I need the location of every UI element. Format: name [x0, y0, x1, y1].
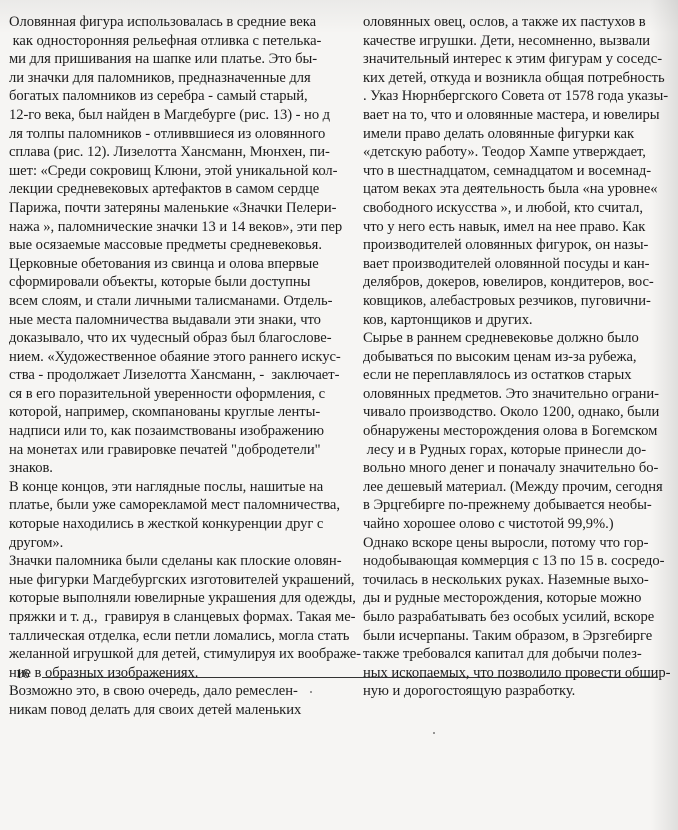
text-line: значительный интерес к этим фигурам у со…	[363, 50, 675, 69]
text-line: ли значки для паломников, предназначенны…	[9, 69, 345, 88]
text-line: нодобывающая коммерция с 13 по 15 в. сос…	[363, 552, 675, 571]
text-line: Значки паломника были сделаны как плоски…	[9, 552, 345, 571]
page-footer: 16	[0, 666, 678, 686]
text-line: оловянных овец, ослов, а также их пастух…	[363, 13, 675, 32]
text-line: в Эрцгебирге по-прежнему добывается необ…	[363, 496, 675, 515]
text-line: производителей оловянных фигурок, он наз…	[363, 236, 675, 255]
text-line: Оловянная фигура использовалась в средни…	[9, 13, 345, 32]
text-line: доказывало, что их чудесный образ был бл…	[9, 329, 345, 348]
text-line: ких детей, откуда и возникла общая потре…	[363, 69, 675, 88]
text-line: оловянных предметов. Это значительно огр…	[363, 385, 675, 404]
text-line: сплава (рис. 12). Лизелотта Хансманн, Мю…	[9, 143, 345, 162]
text-line: никам повод делать для своих детей мален…	[9, 701, 345, 720]
text-line: ства - продолжает Лизелотта Хансманн, - …	[9, 366, 345, 385]
text-line: Однако вскоре цены выросли, потому что г…	[363, 534, 675, 553]
text-line: которые находились в жесткой конкуренции…	[9, 515, 345, 534]
text-line: богатых паломников из серебра - самый ст…	[9, 87, 345, 106]
text-line: делябров, докеров, ювелиров, кондитеров,…	[363, 273, 675, 292]
text-line: Парижа, почти затеряны маленькие «Значки…	[9, 199, 345, 218]
text-line: нажа », паломнические значки 13 и 14 век…	[9, 218, 345, 237]
text-line: были исчерпаны. Таким образом, в Эрзгеби…	[363, 627, 675, 646]
text-line: Сырье в раннем средневековье должно было	[363, 329, 675, 348]
text-line: вые осязаемые массовые предметы средневе…	[9, 236, 345, 255]
scan-speck	[310, 691, 312, 693]
text-line: цатом веках эта деятельность была «на ур…	[363, 180, 675, 199]
text-line: ные фигурки Магдебургских изготовителей …	[9, 571, 345, 590]
text-line: ля толпы паломников - отливвшиеся из оло…	[9, 125, 345, 144]
text-line: также требовался капитал для добычи поле…	[363, 645, 675, 664]
text-line: таллическая отделка, если петли ломались…	[9, 627, 345, 646]
text-line: свободного искусства », и любой, кто счи…	[363, 199, 675, 218]
text-line: знаков.	[9, 459, 345, 478]
footer-rule	[42, 677, 658, 678]
text-line: ся в его поразительной уверенности оформ…	[9, 385, 345, 404]
text-line: другом».	[9, 534, 345, 553]
text-line: ковщиков, алебастровых резчиков, пугович…	[363, 292, 675, 311]
text-line: лекции средневековых артефактов в самом …	[9, 180, 345, 199]
text-line: на монетах или гравировке печатей "добро…	[9, 441, 345, 460]
text-line: всем слоям, и стали личными талисманами.…	[9, 292, 345, 311]
page-number: 16	[16, 666, 30, 682]
text-line: лесу и в Рудных горах, которые принесли …	[363, 441, 675, 460]
text-line: вает производителей оловянной посуды и к…	[363, 255, 675, 274]
text-line: что у него есть навык, имел на нее право…	[363, 218, 675, 237]
text-line: обнаружены месторождения олова в Богемск…	[363, 422, 675, 441]
text-line: было разрабатывать без особых усилий, вс…	[363, 608, 675, 627]
text-line: ды и рудные месторождения, которые можно	[363, 589, 675, 608]
text-line: точилась в нескольких руках. Наземные вы…	[363, 571, 675, 590]
text-line: 12-го века, был найден в Магдебурге (рис…	[9, 106, 345, 125]
text-line: лее дешевый материал. (Между прочим, сег…	[363, 478, 675, 497]
text-line: желанной игрушкой для детей, стимулируя …	[9, 645, 345, 664]
text-line: чайно хорошее олово с чистотой 99,9%.)	[363, 515, 675, 534]
text-line: платье, были уже саморекламой мест палом…	[9, 496, 345, 515]
text-line: если не переплавлялось из остатков стары…	[363, 366, 675, 385]
text-line: что в шестнадцатом, семнадцатом и восемн…	[363, 162, 675, 181]
scan-speck	[433, 732, 435, 734]
text-line: добываться по высоким ценам из-за рубежа…	[363, 348, 675, 367]
text-line: пряжки и т. д., гравируя в сланцевых фор…	[9, 608, 345, 627]
text-line: вольно много денег и поначалу значительн…	[363, 459, 675, 478]
left-text-column: Оловянная фигура использовалась в средни…	[9, 13, 345, 720]
text-line: вает на то, что и оловянные мастера, и ю…	[363, 106, 675, 125]
text-line: . Указ Нюрнбергского Совета от 1578 года…	[363, 87, 675, 106]
right-text-column: оловянных овец, ослов, а также их пастух…	[363, 13, 675, 701]
text-line: которые выполняли ювелирные украшения дл…	[9, 589, 345, 608]
text-line: ми для пришивания на шапке или платье. Э…	[9, 50, 345, 69]
text-line: чивало производство. Около 1200, однако,…	[363, 403, 675, 422]
text-line: Церковные обетования из свинца и олова в…	[9, 255, 345, 274]
text-line: имели право делать оловянные фигурки как	[363, 125, 675, 144]
text-line: шет: «Среди сокровищ Клюни, этой уникаль…	[9, 162, 345, 181]
text-line: качестве игрушки. Дети, несомненно, вызв…	[363, 32, 675, 51]
text-line: как односторонняя рельефная отливка с пе…	[9, 32, 345, 51]
text-line: ные места паломничества выдавали эти зна…	[9, 311, 345, 330]
text-line: «детскую работу». Теодор Хампе утверждае…	[363, 143, 675, 162]
text-line: сформировали объекты, которые были досту…	[9, 273, 345, 292]
text-line: нием. «Художественное обаяние этого ранн…	[9, 348, 345, 367]
text-line: ков, картонщиков и других.	[363, 311, 675, 330]
text-line: В конце концов, эти наглядные послы, наш…	[9, 478, 345, 497]
text-line: надписи или то, как позаимствованы изобр…	[9, 422, 345, 441]
text-line: которой, например, скомпанованы круглые …	[9, 403, 345, 422]
